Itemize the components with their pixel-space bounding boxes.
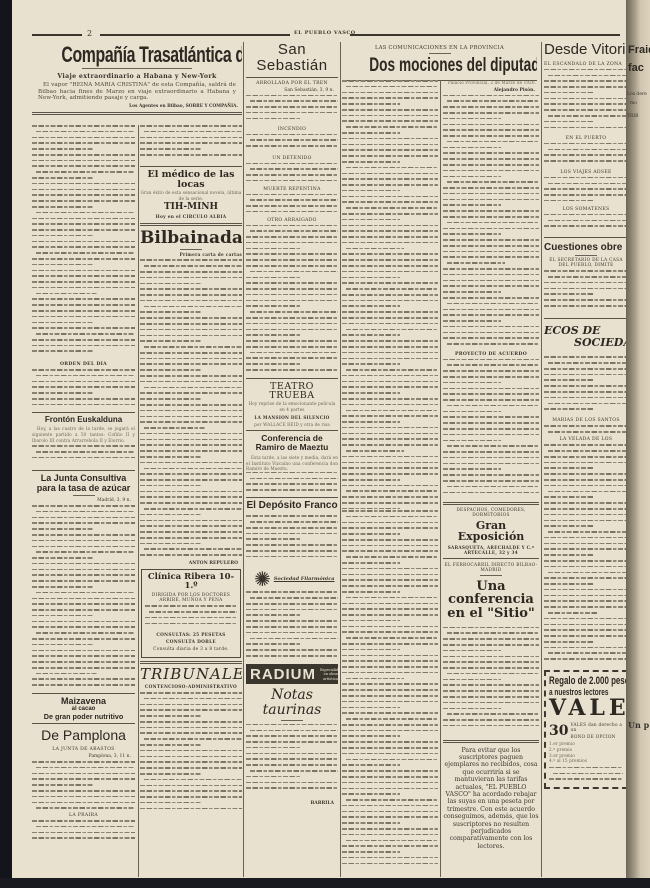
cuestiones-title: Cuestiones obre [544,243,628,254]
column-5: Palacio Provincial, 2 de Marzo de 1920. … [443,80,539,850]
mociones-header: LAS COMUNICACIONES EN LA PROVINCIA Dos m… [342,42,537,84]
radium-ad: RADIUM Especialidad en obras artísticas [246,664,338,684]
teatro-title: TEATRO TRUEBA [246,382,338,402]
subscriber-notice: Para evitar que los suscriptores paguen … [443,747,539,851]
trasatlantica-ad: Compañía Trasatlántica de Barcelona Viaj… [32,43,242,118]
column-2: El médico de las locas Gran éxito de est… [140,125,242,812]
san-sebastian-title: San Sebastián [246,42,338,74]
junta-title: La Junta Consultiva para la tasa de azúc… [32,474,135,493]
mociones-headline: Dos mociones del diputado Sr. Pisón [369,56,509,76]
column-3: San Sebastián ARROLLADA POR EL TREN San … [246,42,338,808]
medico-title: El médico de las locas [140,170,242,190]
page-number: 2 [87,29,92,38]
trasatlantica-agents: Los Agentes en Bilbao, SOBRE Y COMPAÑIA. [32,104,238,109]
sun-icon: ✺ [254,569,271,589]
conferencia-title: Conferencia de Ramiro de Maeztu [246,434,338,452]
column-4 [342,80,438,870]
pamplona-title: De Pamplona [32,728,135,743]
tribunales-title: TRIBUNALES [140,667,242,683]
trasatlantica-subhead: Viaje extraordinario a Habana y New-York [32,73,242,80]
regalo-coupon: Regalo de 2.000 pesetas a nuestros lecto… [544,670,628,788]
masthead-bar: 2 EL PUEBLO VASCO [32,33,620,37]
medico-name: TIH-MINH [140,203,242,212]
deposito-title: El Depósito Franco [246,501,338,512]
bilbainadas-signature: ANTON REPULERO [140,561,238,566]
bilbainadas-title: Bilbainadas [140,230,242,248]
page-fold: Fraid fac Los dere mo TRIB Un p [626,0,650,888]
newspaper-name: EL PUEBLO VASCO [294,30,356,36]
mociones-dateline: Palacio Provincial, 2 de Marzo de 1920. [443,80,539,86]
fronton-text: Hoy, a las cuatro de la tarde, se jugará… [32,426,135,443]
fronton-title: Frontón Euskalduna [32,416,135,424]
newspaper-page: 2 EL PUEBLO VASCO Compañía Trasatlántica… [0,0,650,888]
column-6: Desde Vitoria EL ESCANDALO DE LA ZONA EN… [544,42,628,789]
trasatlantica-headline: Compañía Trasatlántica de Barcelona [61,43,212,66]
maizavena-title: Maizavena [32,697,135,706]
mociones-kicker: LAS COMUNICACIONES EN LA PROVINCIA [342,45,537,51]
trasatlantica-lead: El vapor "REINA MARIA CRISTINA" de esta … [32,82,242,102]
vitoria-title: Desde Vitoria [544,42,628,58]
taurinas-title: Notas taurinas [246,688,338,717]
ferrocarril-title: Una conferencia en el "Sitio" [443,580,539,621]
exposicion-title: Gran Exposición [443,520,539,543]
column-1: ORDEN DEL DIA Frontón Euskalduna Hoy, a … [32,125,135,845]
filarmonica-logo: ✺ Sociedad Filarmónica [254,569,338,589]
ecos-title-2: SOCIEDAD [544,337,628,349]
mociones-signature: Alejandro Pisón. [443,88,535,93]
clinica-ad: Clínica Ribera 10-1.º DIRIGIDA POR LOS D… [141,569,241,658]
